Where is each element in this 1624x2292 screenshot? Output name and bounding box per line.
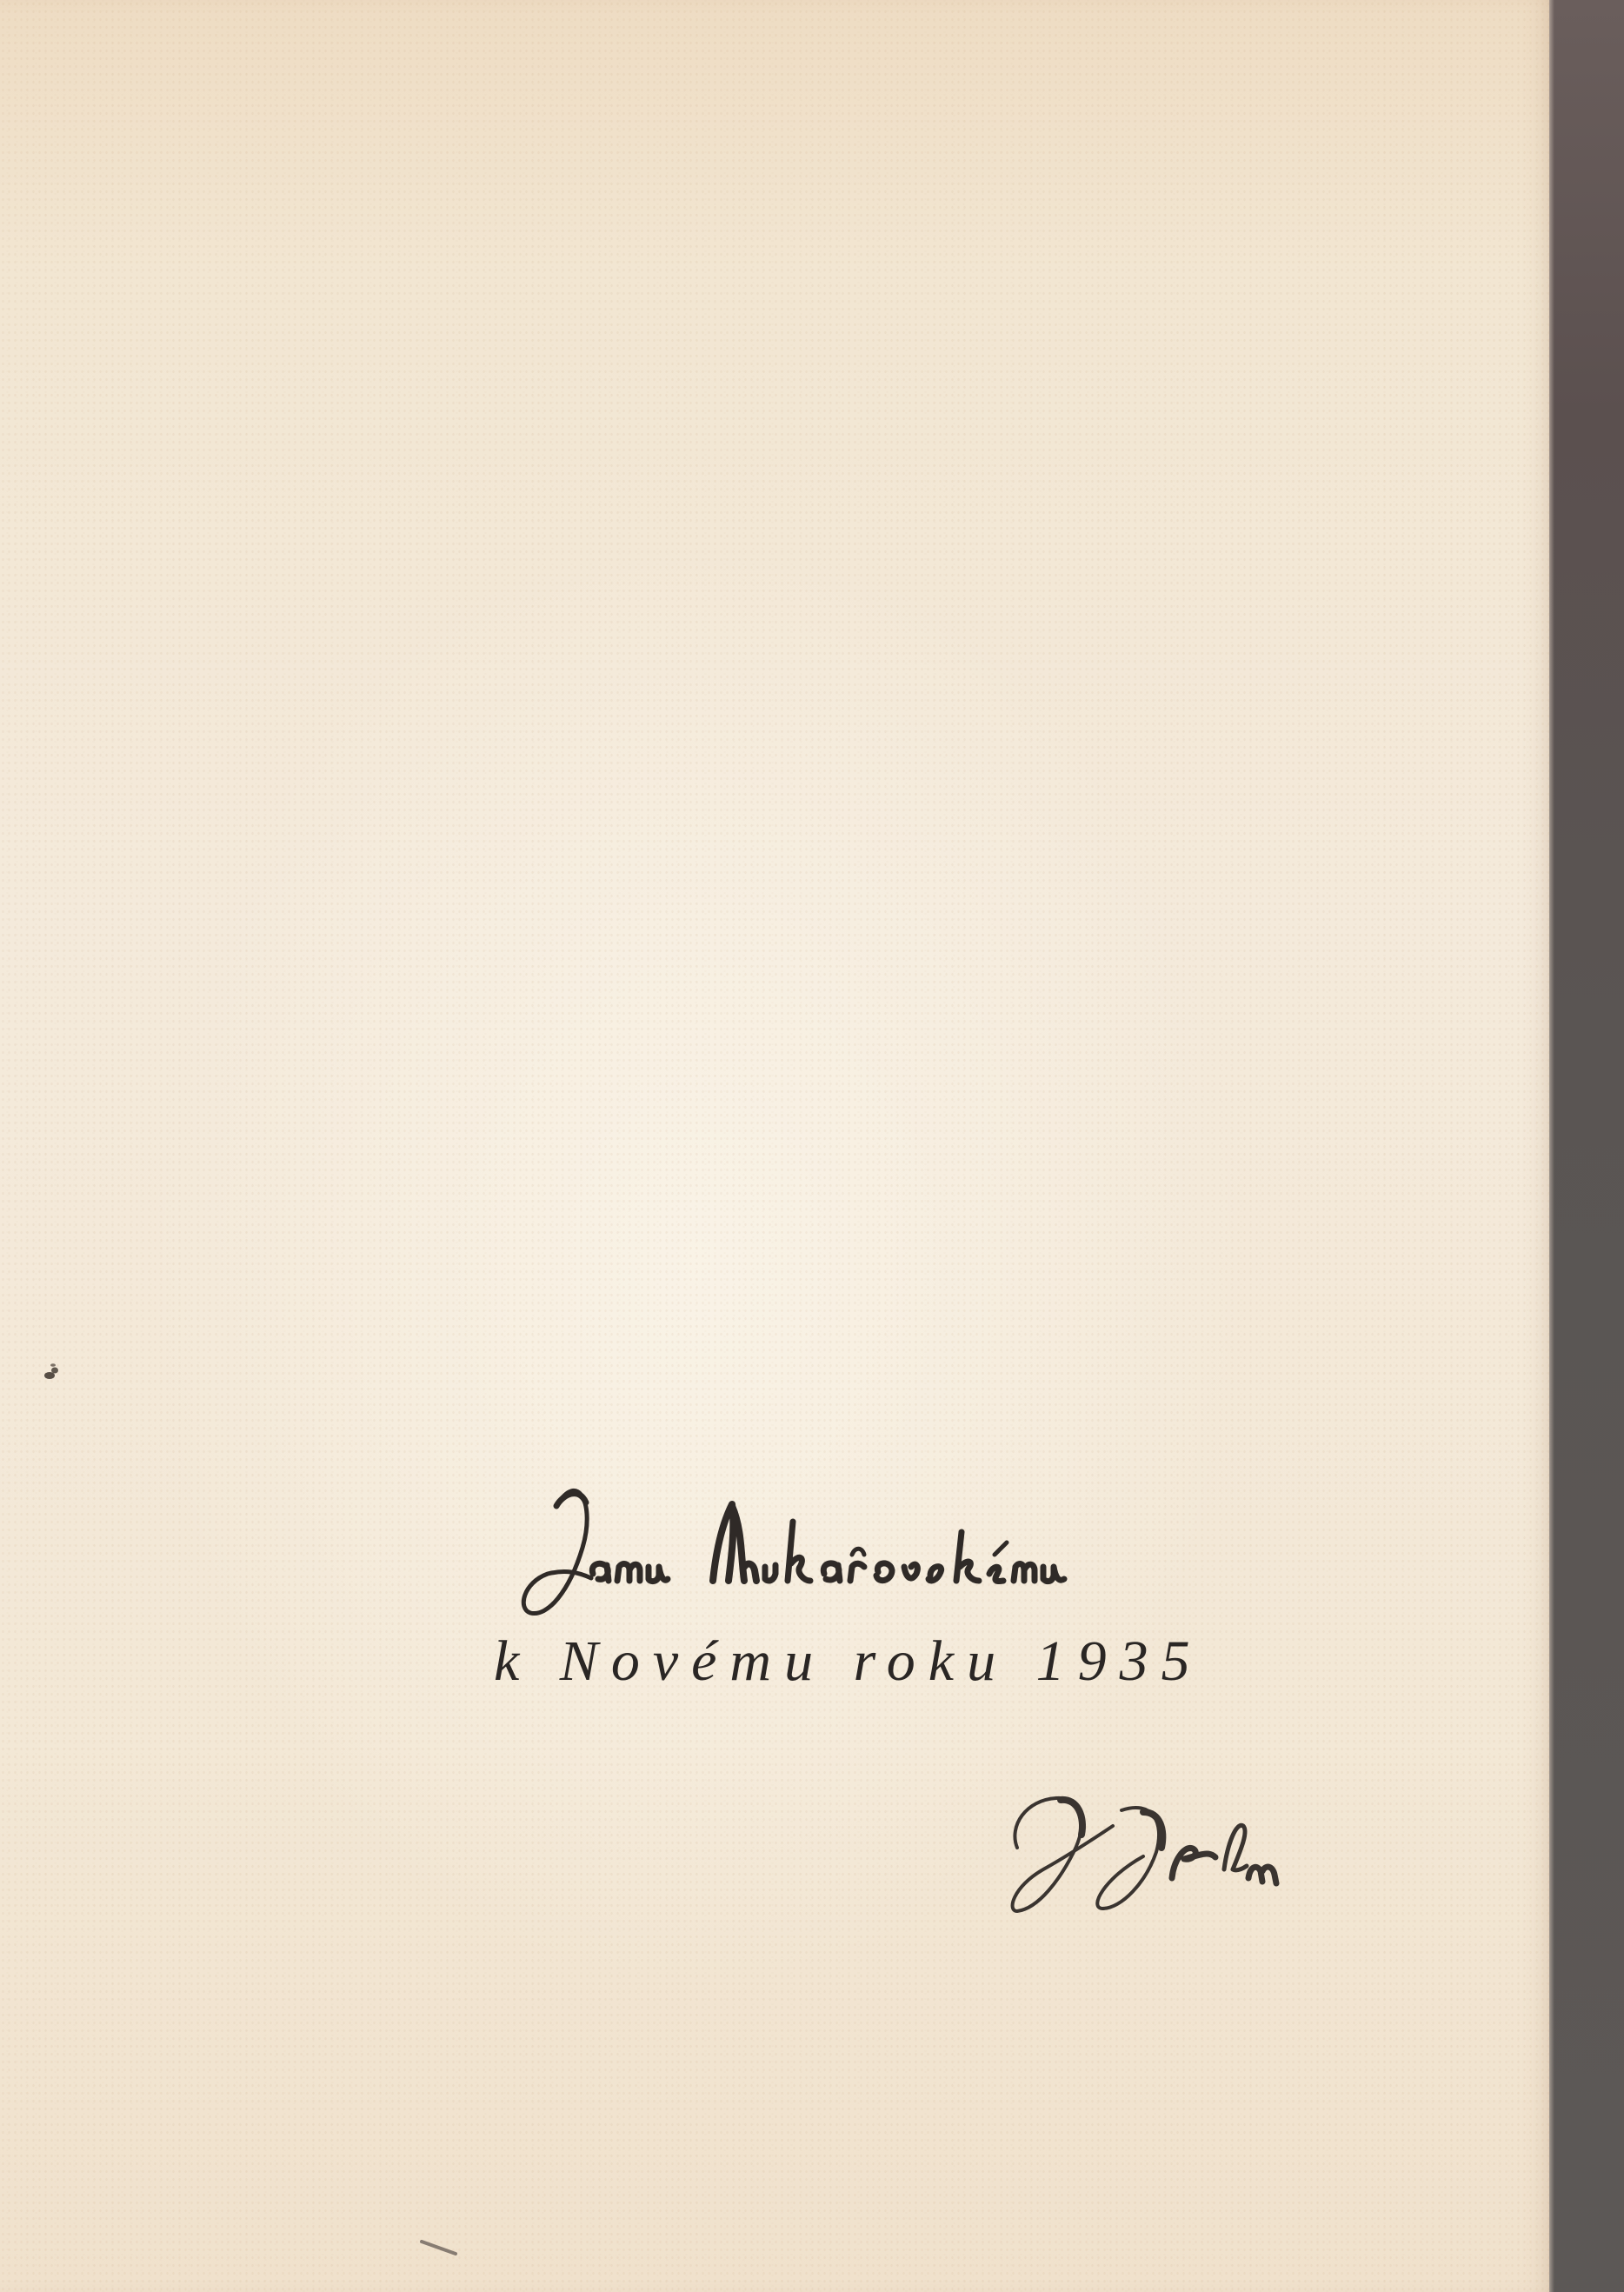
signature-text: Holan [991, 1739, 1012, 1749]
stray-mark [417, 2235, 461, 2261]
handwriting-strokes [496, 1452, 1295, 1626]
binding-edge-background [1549, 0, 1624, 2292]
signature: Holan [991, 1739, 1287, 1930]
scanned-page: Janu Mukařovskému [0, 0, 1624, 2292]
signature-strokes [991, 1739, 1287, 1930]
ink-speck [38, 1358, 64, 1384]
paper-page [0, 0, 1549, 2292]
printed-dedication-line: k Novému roku 1935 [494, 1633, 1203, 1690]
handwritten-dedication: Janu Mukařovskému [496, 1452, 1295, 1626]
